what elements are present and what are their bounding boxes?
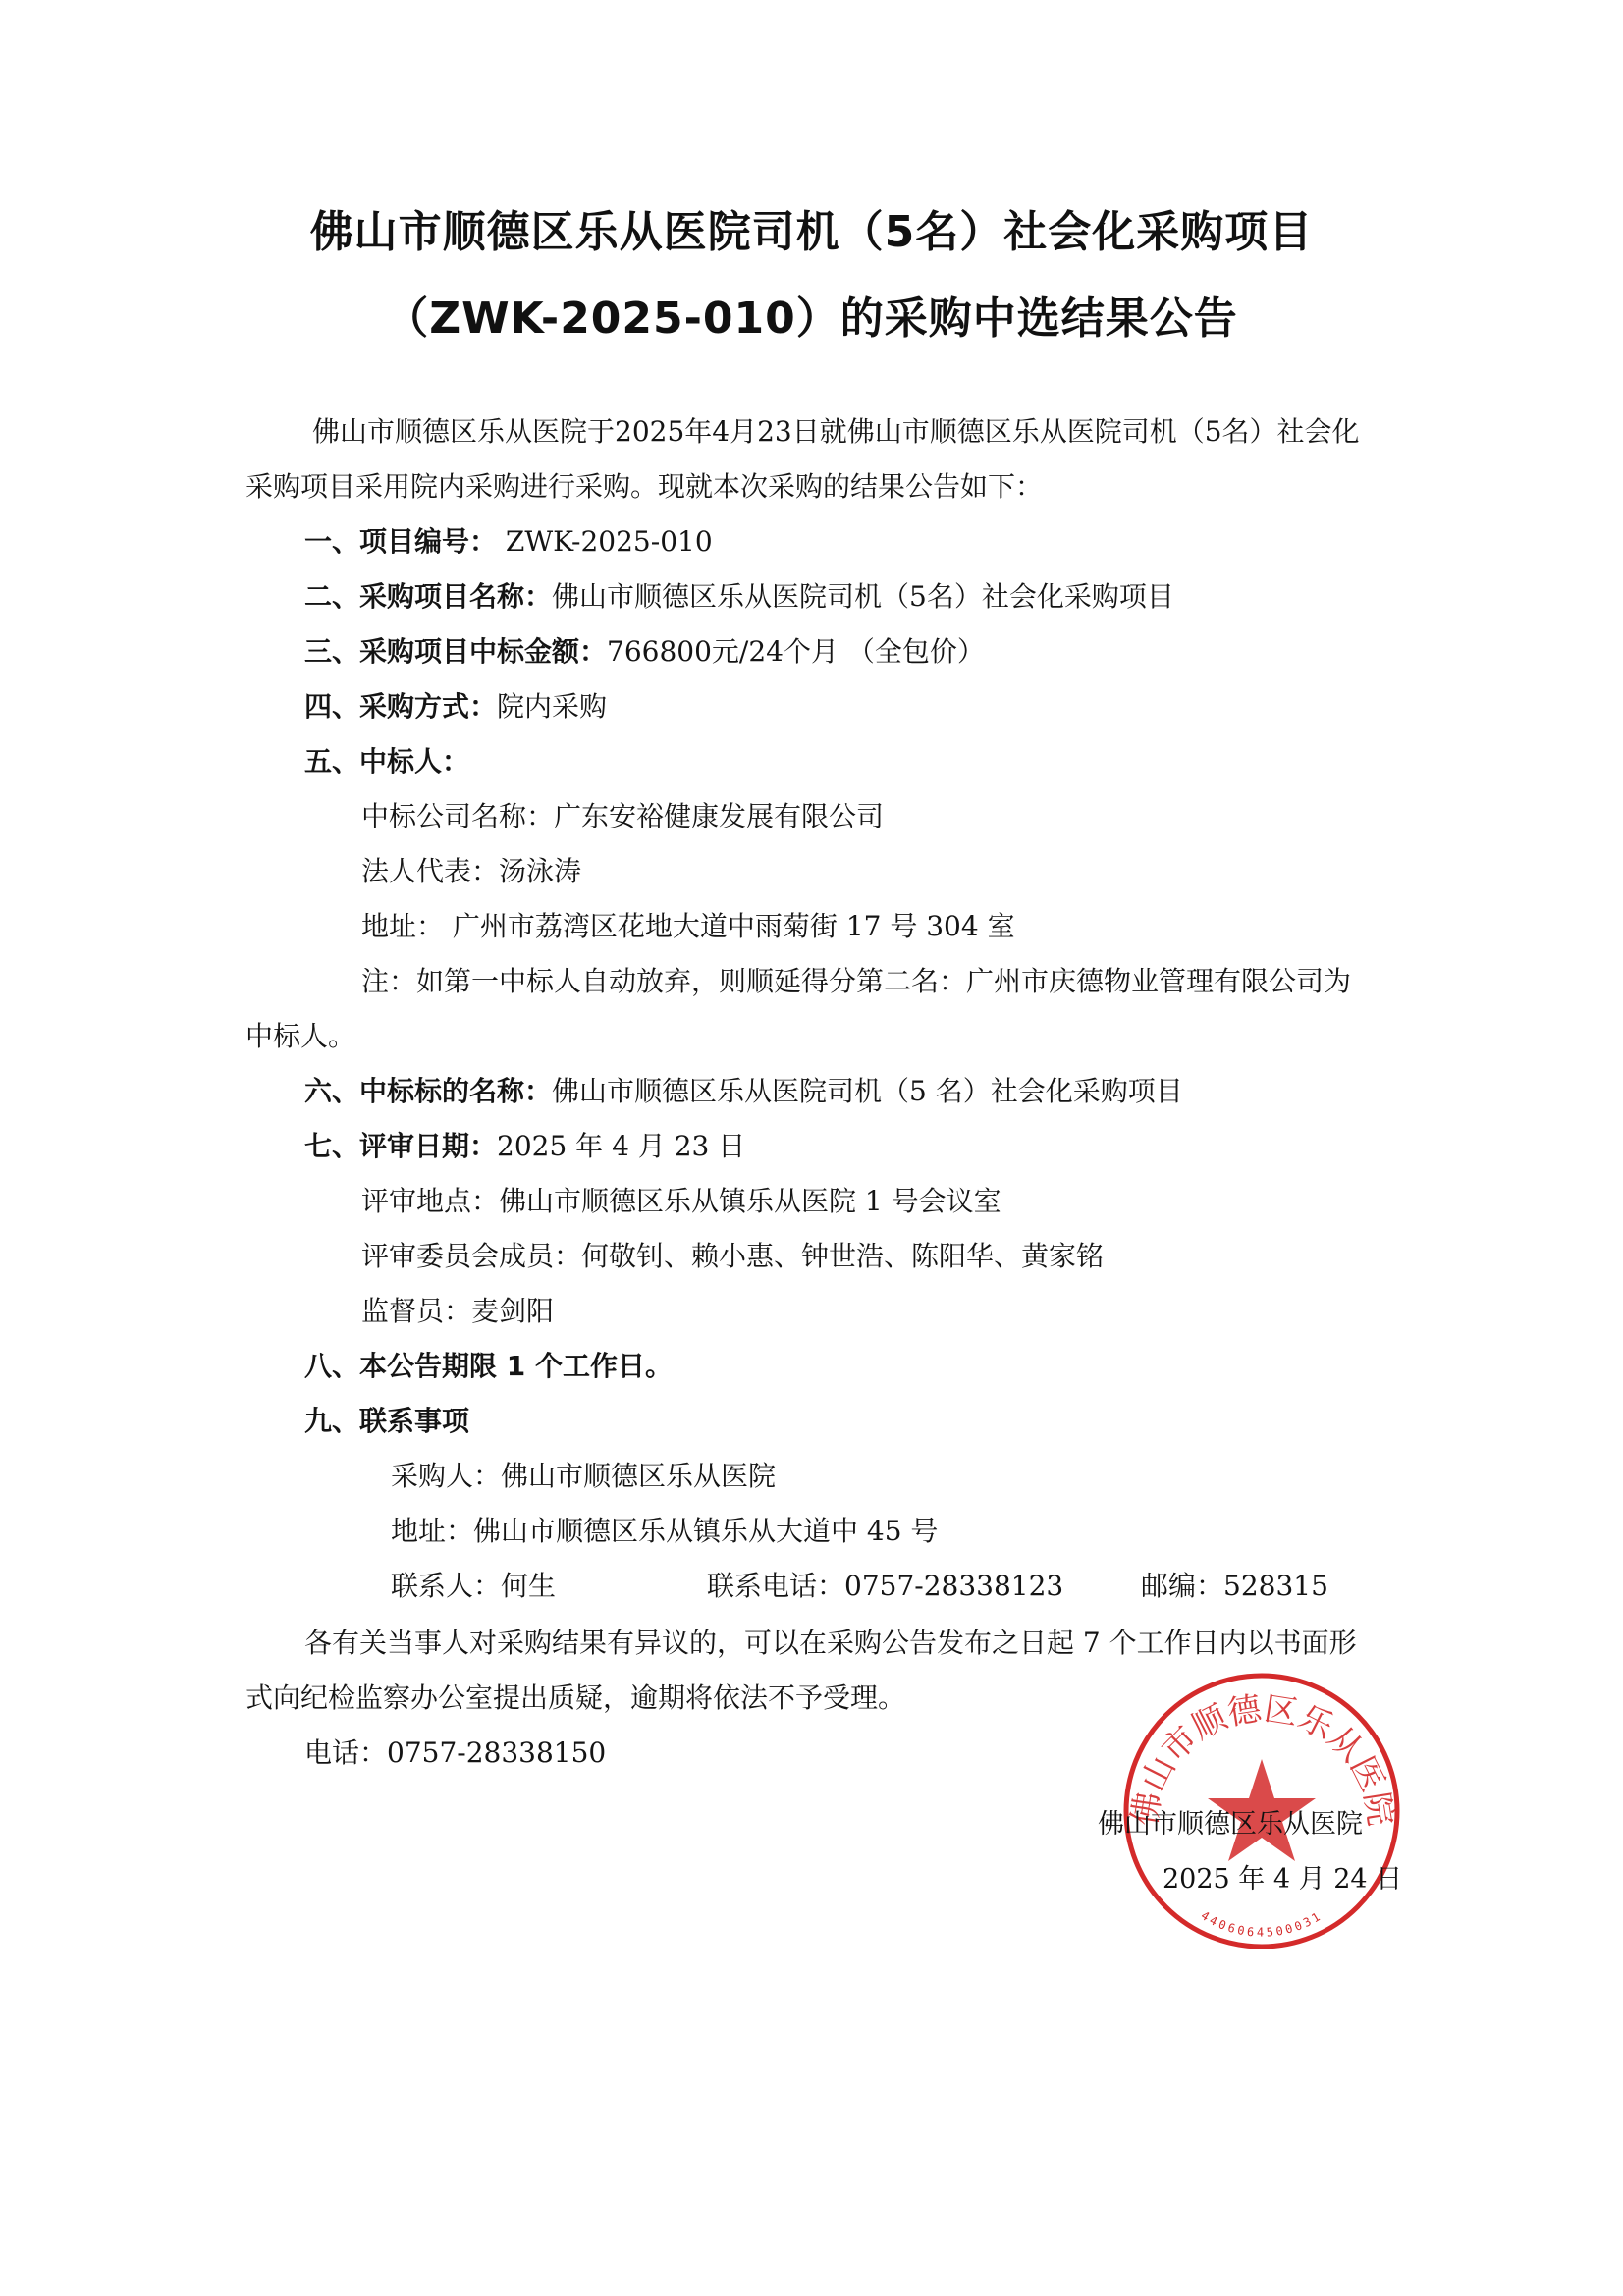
section-label: 二、采购项目名称： [304,580,552,613]
winner-representative: 法人代表：汤泳涛 [361,854,581,889]
svg-text:4406064500031: 4406064500031 [1199,1908,1325,1940]
section-label: 六、中标标的名称： [304,1075,552,1107]
winner-company-value: 广东安裕健康发展有限公司 [554,800,884,832]
section-label: 五、中标人： [304,745,469,777]
intro-line-1: 佛山市顺德区乐从医院于2025年4月23日就佛山市顺德区乐从医院司机（5名）社会… [312,414,1360,450]
section-value: ZWK-2025-010 [497,525,713,558]
winner-company: 中标公司名称：广东安裕健康发展有限公司 [361,799,884,834]
contact-address: 地址：佛山市顺德区乐从镇乐从大道中 45 号 [391,1514,938,1549]
section-project-name: 二、采购项目名称：佛山市顺德区乐从医院司机（5名）社会化采购项目 [304,579,1174,614]
review-supervisor: 监督员：麦剑阳 [361,1294,554,1329]
objection-line-1: 各有关当事人对采购结果有异议的，可以在采购公告发布之日起 7 个工作日内以书面形 [304,1626,1357,1661]
review-committee: 评审委员会成员：何敬钊、赖小惠、钟世浩、陈阳华、黄家铭 [361,1239,1104,1274]
section-contact-heading: 九、联系事项 [304,1404,469,1439]
announcement-page: 佛山市顺德区乐从医院司机（5名）社会化采购项目 （ZWK-2025-010）的采… [0,0,1623,2296]
winner-company-label: 中标公司名称： [361,800,554,832]
objection-line-2: 式向纪检监察办公室提出质疑，逾期将依法不予受理。 [245,1681,905,1716]
contact-phone: 联系电话：0757-28338123 [707,1569,1063,1604]
complaint-phone: 电话：0757-28338150 [304,1735,606,1771]
section-winner-heading: 五、中标人： [304,744,469,779]
section-label: 三、采购项目中标金额： [304,635,607,667]
section-bid-amount: 三、采购项目中标金额：766800元/24个月 （全包价） [304,634,985,669]
signature-date: 2025 年 4 月 24 日 [1163,1857,1402,1896]
section-value: 院内采购 [497,690,607,722]
section-value: 佛山市顺德区乐从医院司机（5名）社会化采购项目 [552,580,1174,613]
section-subject-name: 六、中标标的名称：佛山市顺德区乐从医院司机（5 名）社会化采购项目 [304,1074,1183,1109]
section-value: 2025 年 4 月 23 日 [497,1130,745,1162]
section-label: 四、采购方式： [304,690,497,722]
winner-address-value: 广州市荔湾区花地大道中雨菊街 17 号 304 室 [444,910,1015,942]
section-review-date: 七、评审日期：2025 年 4 月 23 日 [304,1129,745,1164]
section-procurement-method: 四、采购方式：院内采购 [304,689,607,724]
contact-person: 联系人：何生 [391,1569,556,1604]
section-value: 766800元/24个月 （全包价） [607,635,985,667]
section-project-number: 一、项目编号： ZWK-2025-010 [304,524,713,560]
section-label: 七、评审日期： [304,1130,497,1162]
section-label: 一、项目编号： [304,525,497,558]
contact-postcode: 邮编：528315 [1141,1569,1328,1604]
winner-address: 地址： 广州市荔湾区花地大道中雨菊街 17 号 304 室 [361,909,1015,944]
section-notice-period: 八、本公告期限 1 个工作日。 [304,1349,673,1384]
contact-purchaser: 采购人：佛山市顺德区乐从医院 [391,1459,776,1494]
signature-org: 佛山市顺德区乐从医院 [1098,1802,1363,1841]
intro-line-2: 采购项目采用院内采购进行采购。现就本次采购的结果公告如下： [245,469,1043,505]
winner-rep-label: 法人代表： [361,855,499,887]
winner-note-line-2: 中标人。 [245,1019,355,1054]
section-value: 佛山市顺德区乐从医院司机（5 名）社会化采购项目 [552,1075,1183,1107]
winner-rep-value: 汤泳涛 [499,855,581,887]
title-line-1: 佛山市顺德区乐从医院司机（5名）社会化采购项目 [0,196,1623,259]
title-line-2: （ZWK-2025-010）的采购中选结果公告 [0,283,1623,346]
winner-address-label: 地址： [361,910,444,942]
winner-note-line-1: 注：如第一中标人自动放弃，则顺延得分第二名：广州市庆德物业管理有限公司为 [361,964,1351,999]
review-venue: 评审地点：佛山市顺德区乐从镇乐从医院 1 号会议室 [361,1184,1001,1219]
